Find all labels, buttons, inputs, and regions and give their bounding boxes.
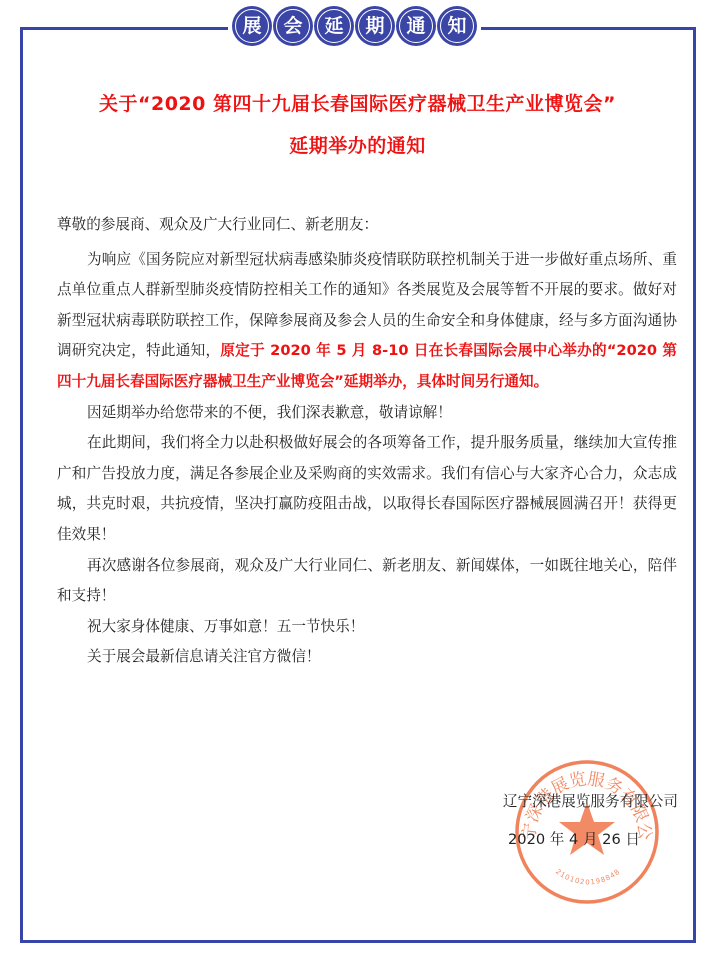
badge-char: 展	[242, 17, 261, 36]
company-name: 辽宁深港展览服务有限公司	[470, 790, 678, 811]
header-badges: 展 会 延 期 通 知	[228, 6, 481, 48]
badge-char: 知	[447, 17, 466, 36]
paragraph-thanks: 再次感谢各位参展商，观众及广大行业同仁、新老朋友、新闻媒体，一如既往地关心，陪伴…	[57, 551, 677, 612]
paragraph-preparation: 在此期间，我们将全力以赴积极做好展会的各项筹备工作，提升服务质量，继续加大宣传推…	[57, 428, 677, 550]
badge-circle: 期	[355, 6, 395, 46]
notice-date: 2020 年 4 月 26 日	[470, 828, 640, 849]
notice-subtitle: 延期举办的通知	[0, 131, 715, 158]
badge-circle: 延	[314, 6, 354, 46]
badge-char: 会	[283, 17, 302, 36]
notice-body: 尊敬的参展商、观众及广大行业同仁、新老朋友： 为响应《国务院应对新型冠状病毒感染…	[57, 210, 677, 673]
badge-circle: 会	[273, 6, 313, 46]
badge-char: 期	[365, 17, 384, 36]
badge-circle: 通	[396, 6, 436, 46]
badge-char: 通	[406, 17, 425, 36]
svg-text:2101020198848: 2101020198848	[554, 867, 622, 886]
paragraph-announcement: 为响应《国务院应对新型冠状病毒感染肺炎疫情联防联控机制关于进一步做好重点场所、重…	[57, 245, 677, 398]
badge-char: 延	[324, 17, 343, 36]
paragraph-wishes: 祝大家身体健康、万事如意！五一节快乐！	[57, 612, 677, 643]
notice-title: 关于“2020 第四十九届长春国际医疗器械卫生产业博览会”	[0, 89, 715, 116]
paragraph-wechat: 关于展会最新信息请关注官方微信！	[57, 642, 677, 673]
badge-circle: 知	[437, 6, 477, 46]
salutation: 尊敬的参展商、观众及广大行业同仁、新老朋友：	[57, 210, 677, 241]
paragraph-apology: 因延期举办给您带来的不便，我们深表歉意，敬请谅解！	[57, 398, 677, 429]
badge-circle: 展	[232, 6, 272, 46]
